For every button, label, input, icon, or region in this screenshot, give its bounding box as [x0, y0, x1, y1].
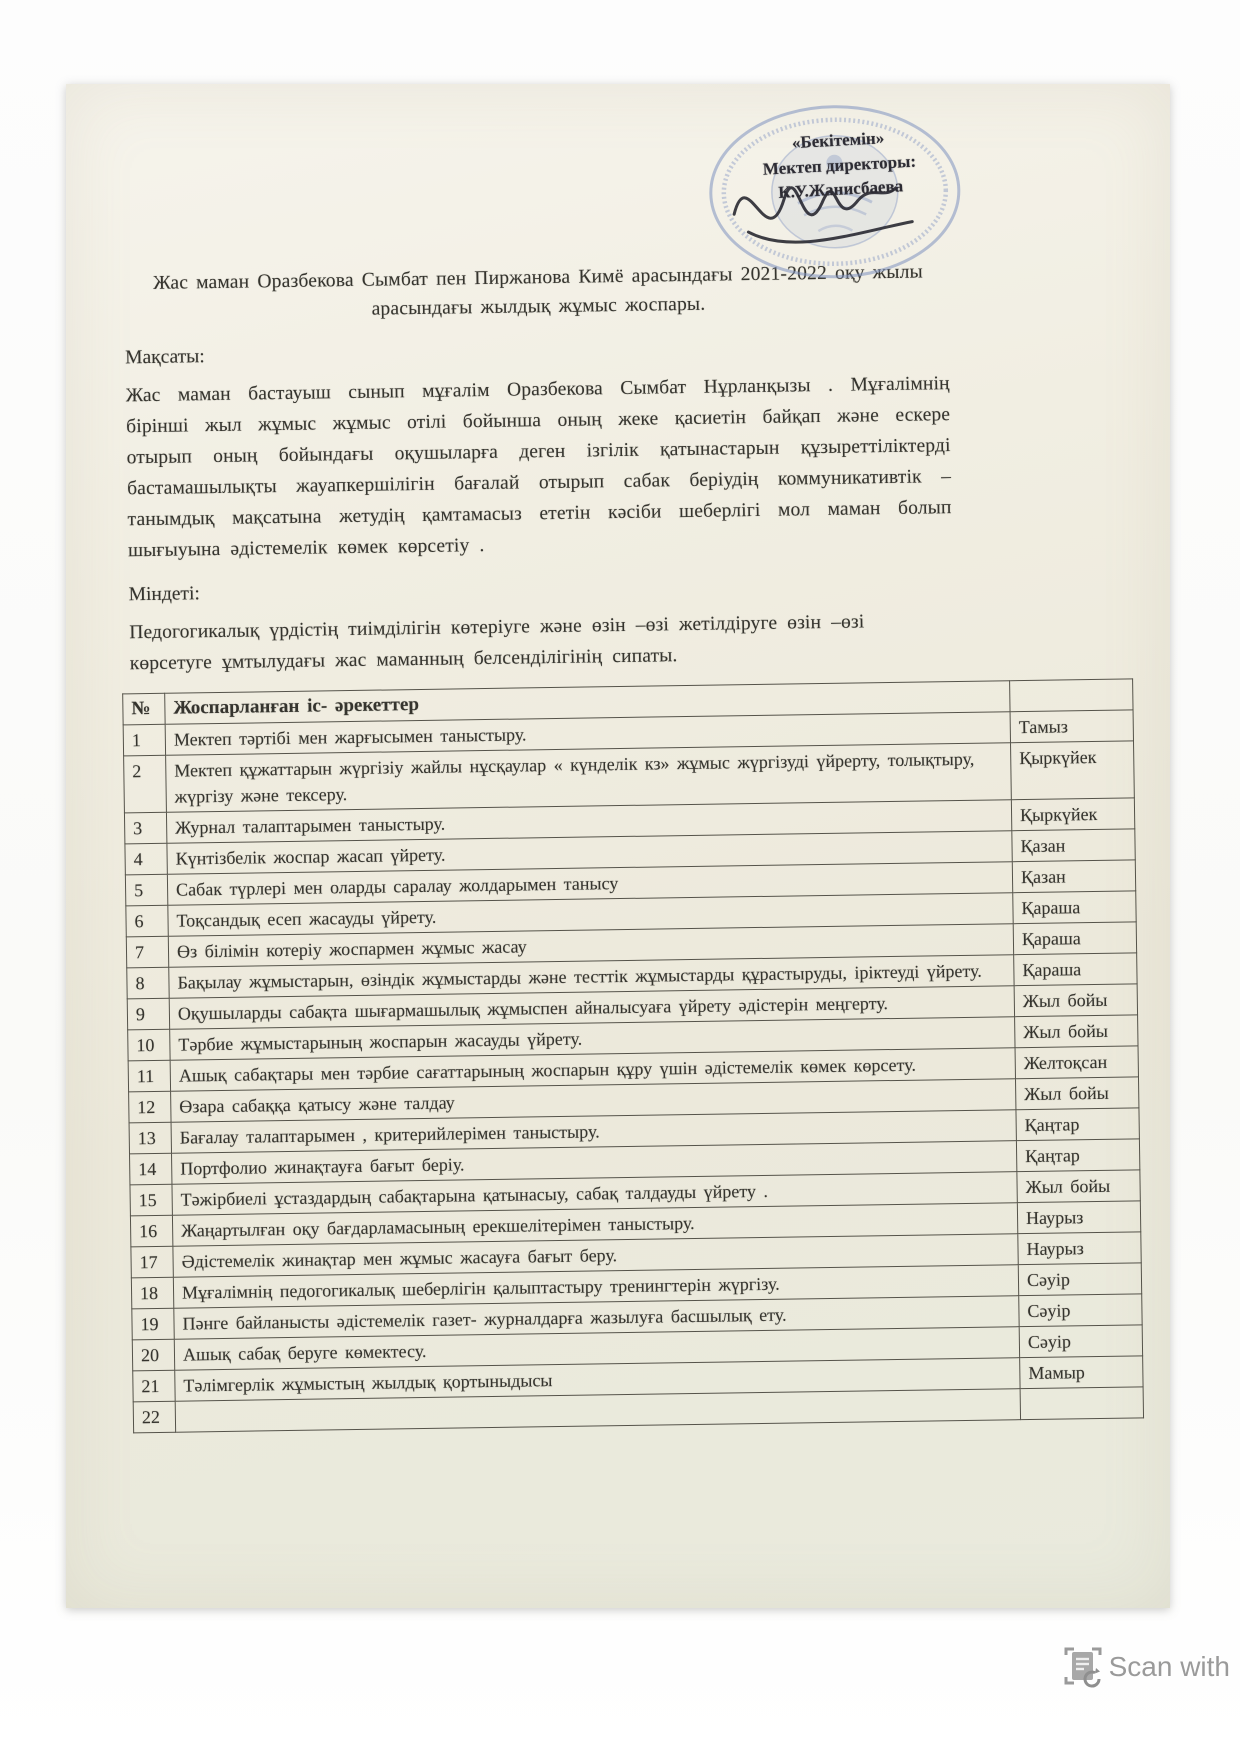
- row-number: 6: [126, 905, 168, 937]
- row-month: Наурыз: [1018, 1232, 1141, 1265]
- goal-paragraph: Жас маман бастауыш сынып мұғалім Оразбек…: [126, 368, 953, 566]
- row-number: 2: [124, 755, 167, 813]
- row-month: Мамыр: [1020, 1356, 1143, 1389]
- row-number: 8: [127, 967, 169, 999]
- row-number: 1: [123, 724, 165, 756]
- task-heading: Міндеті:: [129, 565, 1176, 610]
- row-month: Қараша: [1013, 922, 1136, 955]
- task-paragraph: Педогогикалық үрдістің тиімділігін көтер…: [129, 605, 954, 679]
- scan-watermark-label: Scan with: [1109, 1651, 1230, 1683]
- row-month: Тамыз: [1010, 710, 1133, 743]
- row-number: 15: [130, 1184, 172, 1216]
- row-month: Жыл бойы: [1017, 1170, 1140, 1203]
- row-month: Желтоқсан: [1015, 1046, 1138, 1079]
- row-number: 7: [126, 936, 168, 968]
- row-month: Жыл бойы: [1015, 1015, 1138, 1048]
- col-header-month: [1010, 679, 1133, 712]
- row-number: 4: [125, 843, 167, 875]
- row-month: Сәуір: [1019, 1294, 1142, 1327]
- row-number: 21: [133, 1370, 175, 1402]
- row-month: Қазан: [1012, 829, 1135, 862]
- row-number: 10: [128, 1029, 170, 1061]
- row-month: [1020, 1387, 1143, 1420]
- goal-heading: Мақсаты:: [125, 328, 1172, 373]
- row-month: Жыл бойы: [1015, 1077, 1138, 1110]
- row-number: 17: [131, 1246, 173, 1278]
- row-number: 14: [130, 1153, 172, 1185]
- row-number: 19: [132, 1308, 174, 1340]
- col-header-num: №: [123, 693, 165, 725]
- row-number: 12: [129, 1091, 171, 1123]
- scan-app-icon: [1063, 1645, 1103, 1689]
- row-number: 16: [130, 1215, 172, 1247]
- plan-table: № Жоспарланған іс- әрекеттер 1 Мектеп тә…: [122, 678, 1144, 1433]
- row-month: Қараша: [1013, 891, 1136, 924]
- row-number: 5: [125, 874, 167, 906]
- row-month: Наурыз: [1017, 1201, 1140, 1234]
- row-month: Қараша: [1014, 953, 1137, 986]
- scanned-page: «Бекітемін» Мектеп директоры: К.У.Жанисб…: [66, 84, 1170, 1608]
- row-number: 20: [132, 1339, 174, 1371]
- row-number: 13: [129, 1122, 171, 1154]
- stamp-text-block: «Бекітемін» Мектеп директоры: К.У.Жанисб…: [716, 122, 964, 208]
- row-month: Қазан: [1012, 860, 1135, 893]
- row-month: Қаңтар: [1016, 1108, 1139, 1141]
- row-month: Сәуір: [1019, 1325, 1142, 1358]
- page-content: «Бекітемін» Мектеп директоры: К.У.Жанисб…: [64, 76, 1190, 1616]
- row-month: Қаңтар: [1016, 1139, 1139, 1172]
- row-number: 18: [131, 1277, 173, 1309]
- row-number: 11: [128, 1060, 170, 1092]
- plan-table-body: 1 Мектеп тәртібі мен жарғысымен таныстыр…: [123, 710, 1143, 1433]
- row-month: Қыркүйек: [1011, 798, 1134, 831]
- scan-watermark: Scan with: [1063, 1645, 1230, 1689]
- row-month: Жыл бойы: [1014, 984, 1137, 1017]
- row-number: 9: [127, 998, 169, 1030]
- row-number: 3: [124, 812, 166, 844]
- row-number: 22: [133, 1401, 175, 1433]
- row-month: Сәуір: [1018, 1263, 1141, 1296]
- row-month: Қыркүйек: [1011, 741, 1135, 800]
